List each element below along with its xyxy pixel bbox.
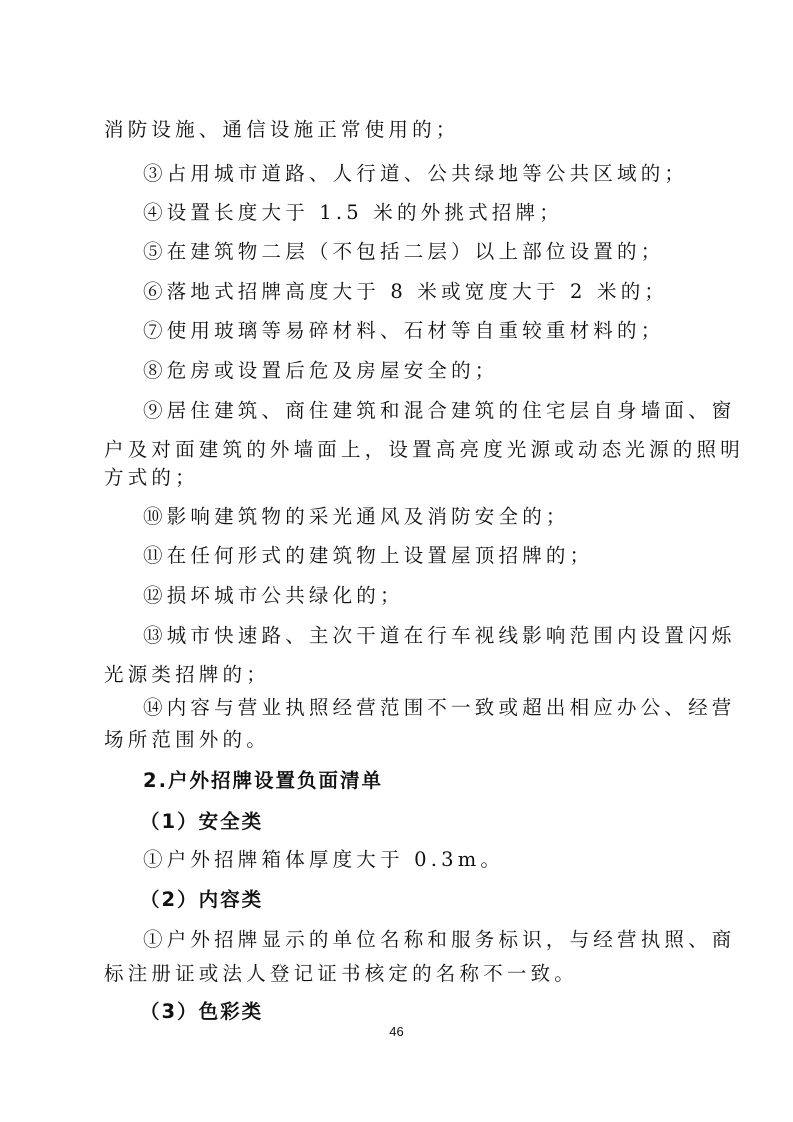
page-number: 46 [0, 1024, 793, 1039]
list-item-8: ⑧危房或设置后危及房屋安全的； [143, 359, 499, 383]
content-item-1-cont: 标注册证或法人登记证书核定的名称不一致。 [104, 962, 578, 986]
body-text-line: 消防设施、通信设施正常使用的； [104, 118, 460, 142]
list-item-4: ④设置长度大于 1.5 米的外挑式招牌； [143, 201, 563, 225]
subsection-heading-content: （2）内容类 [140, 888, 263, 912]
list-item-6: ⑥落地式招牌高度大于 8 米或宽度大于 2 米的； [143, 280, 668, 304]
list-item-13: ⑬城市快速路、主次干道在行车视线影响范围内设置闪烁 [143, 624, 736, 648]
list-item-10: ⑩影响建筑物的采光通风及消防安全的； [143, 505, 570, 529]
list-item-3: ③占用城市道路、人行道、公共绿地等公共区域的； [143, 162, 688, 186]
section-heading: 2.户外招牌设置负面清单 [143, 769, 383, 793]
subsection-heading-safety: （1）安全类 [140, 810, 263, 834]
list-item-5: ⑤在建筑物二层（不包括二层）以上部位设置的； [143, 240, 664, 264]
list-item-14: ⑭内容与营业执照经营范围不一致或超出相应办公、经营 [143, 696, 736, 720]
list-item-9-cont: 方式的； [104, 466, 199, 490]
list-item-11: ⑪在任何形式的建筑物上设置屋顶招牌的； [143, 544, 593, 568]
list-item-7: ⑦使用玻璃等易碎材料、石材等自重较重材料的； [143, 319, 664, 343]
list-item-9: ⑨居住建筑、商住建筑和混合建筑的住宅层自身墙面、窗 [143, 399, 736, 423]
list-item-12: ⑫损坏城市公共绿化的； [143, 584, 404, 608]
list-item-13-cont: 光源类招牌的； [104, 663, 270, 687]
list-item-9-cont: 户及对面建筑的外墙面上，设置高亮度光源或动态光源的照明 [104, 438, 744, 462]
subsection-heading-color: （3）色彩类 [140, 1000, 263, 1024]
list-item-14-cont: 场所范围外的。 [104, 728, 270, 752]
safety-item-1: ①户外招牌箱体厚度大于 0.3m。 [143, 848, 504, 872]
content-item-1: ①户外招牌显示的单位名称和服务标识，与经营执照、商 [143, 928, 736, 952]
